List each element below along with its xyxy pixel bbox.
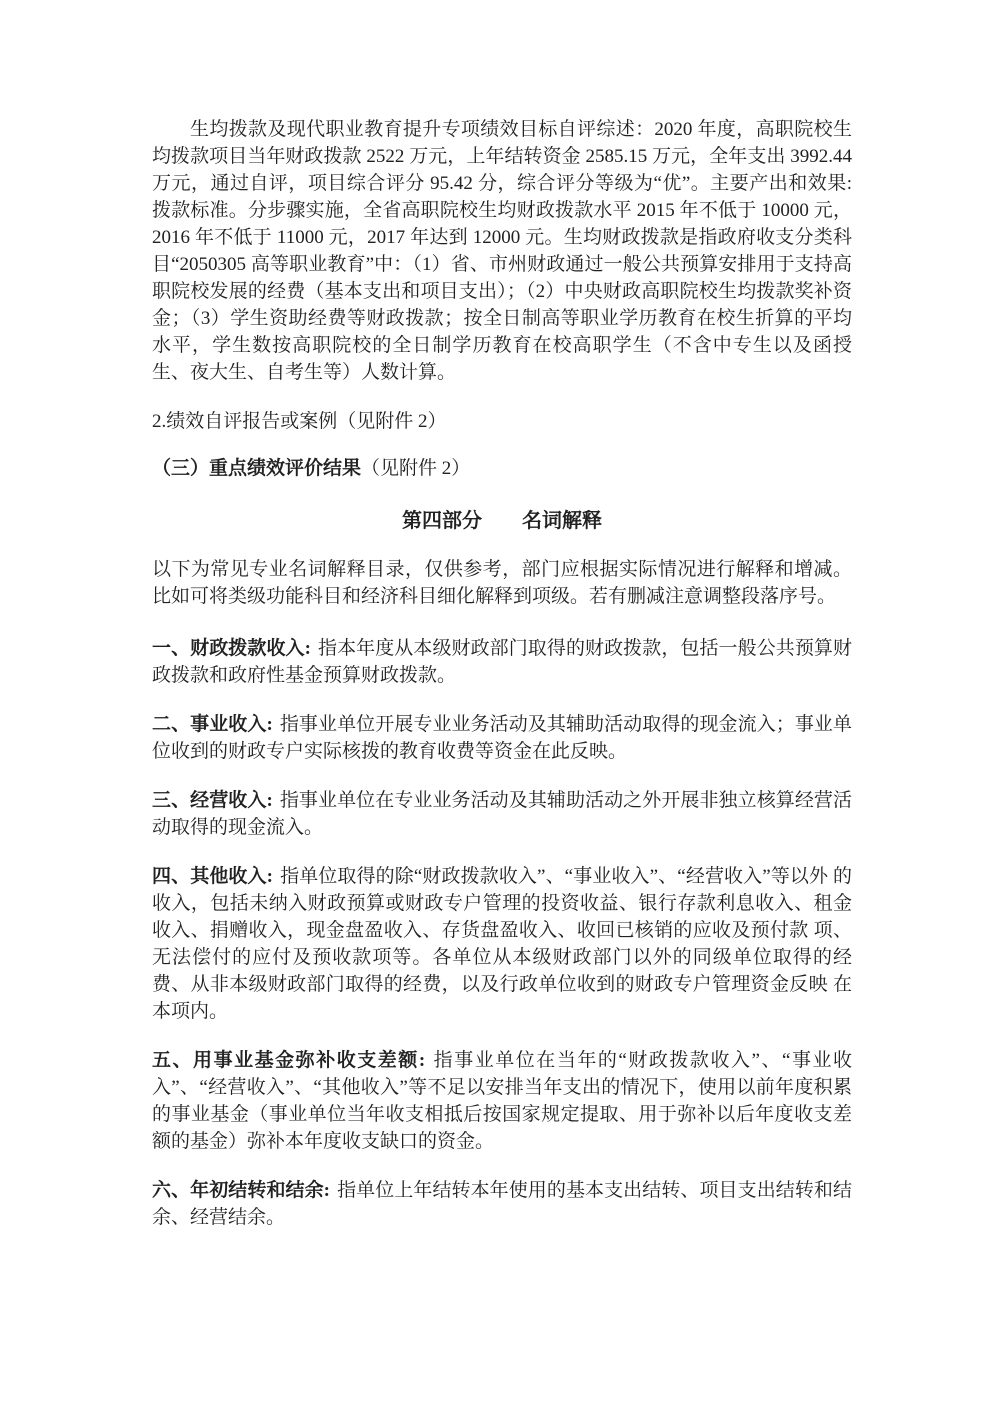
term-name-4: 四、其他收入: bbox=[152, 866, 280, 887]
term-name-3: 三、经营收入: bbox=[152, 790, 280, 811]
term-name-6: 六、年初结转和结余: bbox=[152, 1180, 337, 1201]
term-definition-3: 三、经营收入:指事业单位在专业业务活动及其辅助活动之外开展非独立核算经营活动取得… bbox=[152, 787, 852, 841]
term-text-4: 指单位取得的除“财政拨款收入”、“事业收入”、“经营收入”等以外 的收入，包括未… bbox=[152, 866, 852, 1022]
key-evaluation-heading-suffix: （见附件 2） bbox=[361, 458, 470, 479]
term-definition-6: 六、年初结转和结余:指单位上年结转本年使用的基本支出结转、项目支出结转和结余、经… bbox=[152, 1177, 852, 1231]
glossary-note-paragraph: 以下为常见专业名词解释目录，仅供参考，部门应根据实际情况进行解释和增减。比如可将… bbox=[152, 556, 852, 610]
document-page: 生均拨款及现代职业教育提升专项绩效目标自评综述：2020 年度，高职院校生均拨款… bbox=[0, 0, 1000, 1414]
key-evaluation-heading-bold: （三）重点绩效评价结果 bbox=[152, 458, 361, 479]
self-evaluation-report-line: 2.绩效自评报告或案例（见附件 2） bbox=[152, 408, 852, 435]
term-definition-5: 五、用事业基金弥补收支差额:指事业单位在当年的“财政拨款收入”、“事业收入”、“… bbox=[152, 1047, 852, 1155]
intro-paragraph: 生均拨款及现代职业教育提升专项绩效目标自评综述：2020 年度，高职院校生均拨款… bbox=[152, 116, 852, 386]
term-name-1: 一、财政拨款收入: bbox=[152, 638, 318, 659]
part-four-title: 第四部分 名词解释 bbox=[152, 508, 852, 535]
term-definition-1: 一、财政拨款收入:指本年度从本级财政部门取得的财政拨款，包括一般公共预算财政拨款… bbox=[152, 635, 852, 689]
term-definition-4: 四、其他收入:指单位取得的除“财政拨款收入”、“事业收入”、“经营收入”等以外 … bbox=[152, 863, 852, 1025]
term-name-2: 二、事业收入: bbox=[152, 714, 280, 735]
key-evaluation-heading: （三）重点绩效评价结果（见附件 2） bbox=[152, 455, 852, 482]
term-name-5: 五、用事业基金弥补收支差额: bbox=[152, 1050, 432, 1071]
term-definition-2: 二、事业收入:指事业单位开展专业业务活动及其辅助活动取得的现金流入；事业单位收到… bbox=[152, 711, 852, 765]
